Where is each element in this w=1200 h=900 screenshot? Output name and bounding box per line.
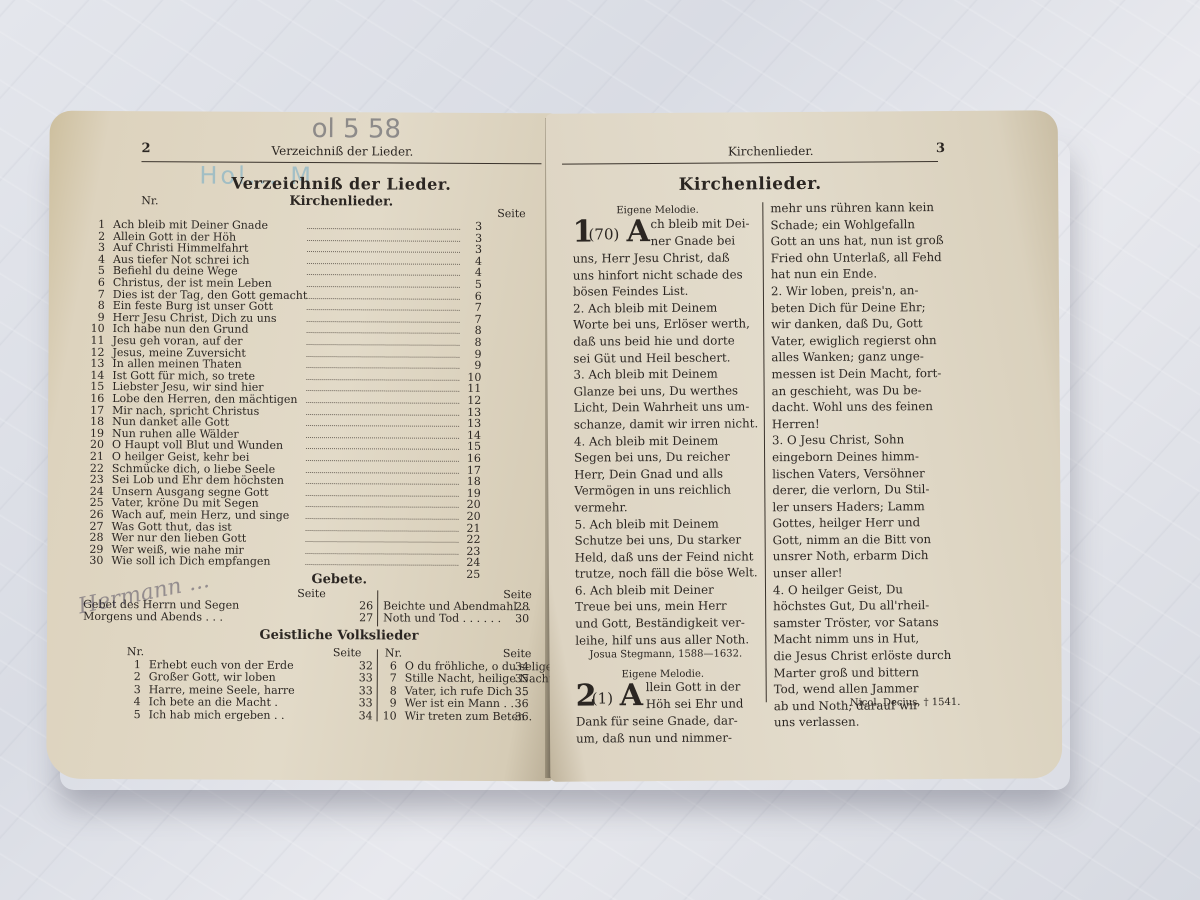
text-line: 2. Ach bleib mit Deinem <box>573 299 763 317</box>
text-line: samster Tröster, vor Satans <box>773 614 953 632</box>
leader-dots <box>306 522 459 532</box>
hymn-ref: (1) <box>592 689 613 707</box>
leader-dots <box>307 336 460 346</box>
entry-page: 22 <box>458 534 480 546</box>
entry-page: 5 <box>460 279 482 291</box>
song-page: 33 <box>359 685 373 697</box>
gebete-seite-left: Seite <box>297 588 326 600</box>
leader-dots <box>307 313 460 323</box>
text-line: unser aller! <box>773 564 953 582</box>
song-page: 36 <box>515 711 529 723</box>
entry-page: 7 <box>460 302 482 314</box>
gebet-title: Noth und Tod . . . . . . <box>383 612 501 625</box>
song-number: 7 <box>383 673 397 685</box>
text-line: 6. Ach bleib mit Deiner <box>575 581 765 599</box>
text-line: Worte bei uns, Erlöser werth, <box>573 316 763 334</box>
song-page: 33 <box>359 697 373 709</box>
text-line: schanze, damit wir irren nicht. <box>574 415 764 433</box>
leader-dots <box>307 266 460 276</box>
song-page: 35 <box>515 686 529 698</box>
hymn2-text: Dank für seine Gnade, dar-um, daß nun un… <box>576 712 766 747</box>
entry-number: 6 <box>87 277 105 289</box>
entry-number: 11 <box>87 335 105 347</box>
entry-number: 18 <box>86 416 104 428</box>
text-line: uns verlassen. <box>774 713 954 731</box>
entry-number: 13 <box>86 358 104 370</box>
text-line: uns, Herr Jesu Christ, daß <box>573 249 763 267</box>
hymn2-continuation: mehr uns rühren kann keinSchade; ein Woh… <box>770 199 954 731</box>
right-page: Kirchenlieder. 3 Kirchenlieder. Eigene M… <box>546 110 1063 782</box>
song-title: Wir treten zum Beten . <box>405 710 533 723</box>
entry-number: 30 <box>85 555 103 567</box>
text-line: trutze, noch fäll die böse Welt. <box>575 565 765 583</box>
leader-dots <box>305 556 458 566</box>
entry-page: 18 <box>459 476 481 488</box>
text-line: leihe, hilf uns aus aller Noth. <box>575 631 765 649</box>
text-line: unsrer Noth, erbarm Dich <box>773 547 953 565</box>
text-line: Gott, nimm an die Bitt von <box>773 531 953 549</box>
entry-number: 16 <box>86 393 104 405</box>
volks-nr-right: Nr. <box>385 647 402 659</box>
leader-dots <box>307 278 460 288</box>
text-line: Dank für seine Gnade, dar- <box>576 712 766 730</box>
hymn-author: Josua Stegmann, 1588—1632. <box>589 648 742 660</box>
volks-nr-left: Nr. <box>127 646 144 658</box>
col-seite-label: Seite <box>497 208 526 220</box>
entry-page: 3 <box>460 244 482 256</box>
text-line: Herren! <box>772 415 952 433</box>
entry-page: 13 <box>459 418 481 430</box>
page-number: 3 <box>936 141 945 156</box>
text-line: beten Dich für Deine Ehr; <box>771 299 951 317</box>
song-page: 36 <box>515 698 529 710</box>
leader-dots <box>306 510 459 520</box>
leader-dots <box>307 324 460 334</box>
song-page: 35 <box>515 674 529 686</box>
text-line: Held, daß uns der Feind nicht <box>575 548 765 566</box>
text-line: mehr uns rühren kann kein <box>770 199 950 217</box>
leader-dots <box>306 498 459 508</box>
leader-dots <box>307 243 460 253</box>
text-line: an geschieht, was Du be- <box>772 381 952 399</box>
pencil-marks: ol 5 58 <box>312 114 401 144</box>
entry-number: 28 <box>85 532 103 544</box>
song-number: 9 <box>383 698 397 710</box>
text-line: dacht. Wohl uns des feinen <box>772 398 952 416</box>
leader-dots <box>306 464 459 474</box>
volks-seite-left: Seite <box>333 647 362 659</box>
song-number: 3 <box>127 684 141 696</box>
text-line: Glanze bei uns, Du werthes <box>574 382 764 400</box>
entry-title: Wie soll ich Dich empfangen <box>111 555 270 567</box>
gebet-page: 30 <box>515 613 529 625</box>
song-page: 33 <box>359 673 373 685</box>
text-line: daß uns beid hie und dorte <box>573 332 763 350</box>
text-line: Treue bei uns, mein Herr <box>575 598 765 616</box>
song-page: 34 <box>359 710 373 722</box>
drop-cap: A <box>626 217 649 247</box>
text-line: Herr, Dein Gnad und alls <box>574 465 764 483</box>
leader-dots <box>305 545 458 555</box>
entry-number: 23 <box>86 474 104 486</box>
text-line: lischen Vaters, Versöhner <box>772 464 952 482</box>
entry-page: 16 <box>459 453 481 465</box>
entry-number: 3 <box>87 242 105 254</box>
song-number: 4 <box>127 696 141 708</box>
drop-cap: A <box>620 681 643 711</box>
song-number: 8 <box>383 685 397 697</box>
text-line: Macht nimm uns in Hut, <box>773 630 953 648</box>
song-number: 2 <box>127 671 141 683</box>
hymn1-first-lines: ch bleib mit Dei- ner Gnade bei <box>650 215 760 249</box>
header-rule <box>562 161 938 165</box>
text-line: um, daß nun und nimmer- <box>576 729 766 747</box>
text-line: Tod, wend allen Jammer <box>774 680 954 698</box>
text-line: messen ist Dein Macht, fort- <box>771 365 951 383</box>
entry-number: 1 <box>87 219 105 231</box>
text-line: 4. Ach bleib mit Deinem <box>574 432 764 450</box>
text-line: vermehr. <box>574 498 764 516</box>
page-title: Verzeichniß der Lieder. <box>141 173 541 194</box>
text-line: hat nun ein Ende. <box>771 265 951 283</box>
text-line: uns hinfort nicht schade des <box>573 266 763 284</box>
text-line: 2. Wir loben, preis'n, an- <box>771 282 951 300</box>
section-heading-kirchenlieder: Kirchenlieder. <box>141 193 541 210</box>
leader-dots <box>307 255 460 265</box>
song-title: Ich bete an die Macht . <box>149 696 278 709</box>
page-title: Kirchenlieder. <box>562 173 938 196</box>
entry-page: 9 <box>459 360 481 372</box>
entry-page: 8 <box>460 337 482 349</box>
leader-dots <box>306 429 459 439</box>
text-line: und Gott, Beständigkeit ver- <box>575 614 765 632</box>
volks-divider <box>377 649 378 721</box>
leader-dots <box>307 301 460 311</box>
entry-number: 26 <box>86 509 104 521</box>
text-line: eingeborn Deines himm- <box>772 448 952 466</box>
text-line: Gott an uns hat, nun ist groß <box>771 232 951 250</box>
leader-dots <box>306 371 459 381</box>
entry-number: 8 <box>87 300 105 312</box>
entry-page: 20 <box>459 511 481 523</box>
leader-dots <box>306 487 459 497</box>
text-line: bösen Feindes List. <box>573 282 763 300</box>
text-line: Vermögen in uns reichlich <box>574 482 764 500</box>
song-page: 34 <box>515 661 529 673</box>
text-line: ler unsers Haders; Lamm <box>772 498 952 516</box>
leader-dots <box>306 440 459 450</box>
text-line: 5. Ach bleib mit Deinem <box>574 515 764 533</box>
leader-dots <box>307 290 460 300</box>
text-line: 4. O heilger Geist, Du <box>773 581 953 599</box>
left-page: 2 Verzeichniß der Lieder. ol 5 58 Hol...… <box>46 111 555 782</box>
text-line: 3. O Jesu Christ, Sohn <box>772 431 952 449</box>
song-number: 5 <box>127 709 141 721</box>
hymn-ref: (70) <box>588 225 619 243</box>
leader-dots <box>305 533 458 543</box>
text-line: Gottes, heilger Herr und <box>772 514 952 532</box>
song-number: 1 <box>127 659 141 671</box>
leader-dots <box>306 417 459 427</box>
song-number: 10 <box>383 710 397 722</box>
leader-dots <box>306 406 459 416</box>
leader-dots <box>307 232 460 242</box>
hymn2-first-lines: llein Gott in der Höh sei Ehr und <box>646 678 766 712</box>
hymn-author: Nicol. Decius, † 1541. <box>850 697 961 709</box>
text-line: Licht, Dein Wahrheit uns um- <box>574 399 764 417</box>
col-nr-label: Nr. <box>141 195 158 207</box>
gebet-page: 27 <box>359 612 373 624</box>
section-heading-volkslieder: Geistliche Volkslieder <box>139 627 539 644</box>
running-head: Kirchenlieder. <box>728 144 814 159</box>
volks-seite-right: Seite <box>503 648 532 660</box>
text-line: sei Güt und Heil beschert. <box>573 349 763 367</box>
entry-page: 3 <box>460 221 482 233</box>
leader-dots <box>306 359 459 369</box>
text-line: 3. Ach bleib mit Deinem <box>573 365 763 383</box>
text-line: wir danken, daß Du, Gott <box>771 315 951 333</box>
text-line: die Jesus Christ erlöste durch <box>773 647 953 665</box>
song-number: 6 <box>383 660 397 672</box>
text-line: Marter groß und bittern <box>774 664 954 682</box>
leader-dots <box>306 348 459 358</box>
running-head: Verzeichniß der Lieder. <box>272 144 414 159</box>
entry-number: 21 <box>86 451 104 463</box>
text-line: Vater, ewiglich regierst ohn <box>771 332 951 350</box>
page-number: 2 <box>142 141 151 156</box>
song-title: Wer ist ein Mann . . . <box>405 698 521 711</box>
leader-dots <box>306 475 459 485</box>
song-page: 32 <box>359 660 373 672</box>
text-line: Schade; ein Wohlgefalln <box>770 216 950 234</box>
entry-page: 12 <box>459 395 481 407</box>
hymn1-text: uns, Herr Jesu Christ, daßuns hinfort ni… <box>573 249 766 649</box>
text-line: alles Wanken; ganz unge- <box>771 348 951 366</box>
song-title: Ich hab mich ergeben . . <box>149 709 285 722</box>
text-line: höchstes Gut, Du all'rheil- <box>773 597 953 615</box>
text-line: derer, die verlorn, Du Stil- <box>772 481 952 499</box>
leader-dots <box>306 394 459 404</box>
text-line: Segen bei uns, Du reicher <box>574 448 764 466</box>
leader-dots <box>306 382 459 392</box>
leader-dots <box>306 452 459 462</box>
leader-dots <box>307 220 460 230</box>
gebete-divider <box>377 590 378 626</box>
text-line: Schutze bei uns, Du starker <box>575 531 765 549</box>
text-line: Fried ohn Unterlaß, all Fehd <box>771 249 951 267</box>
